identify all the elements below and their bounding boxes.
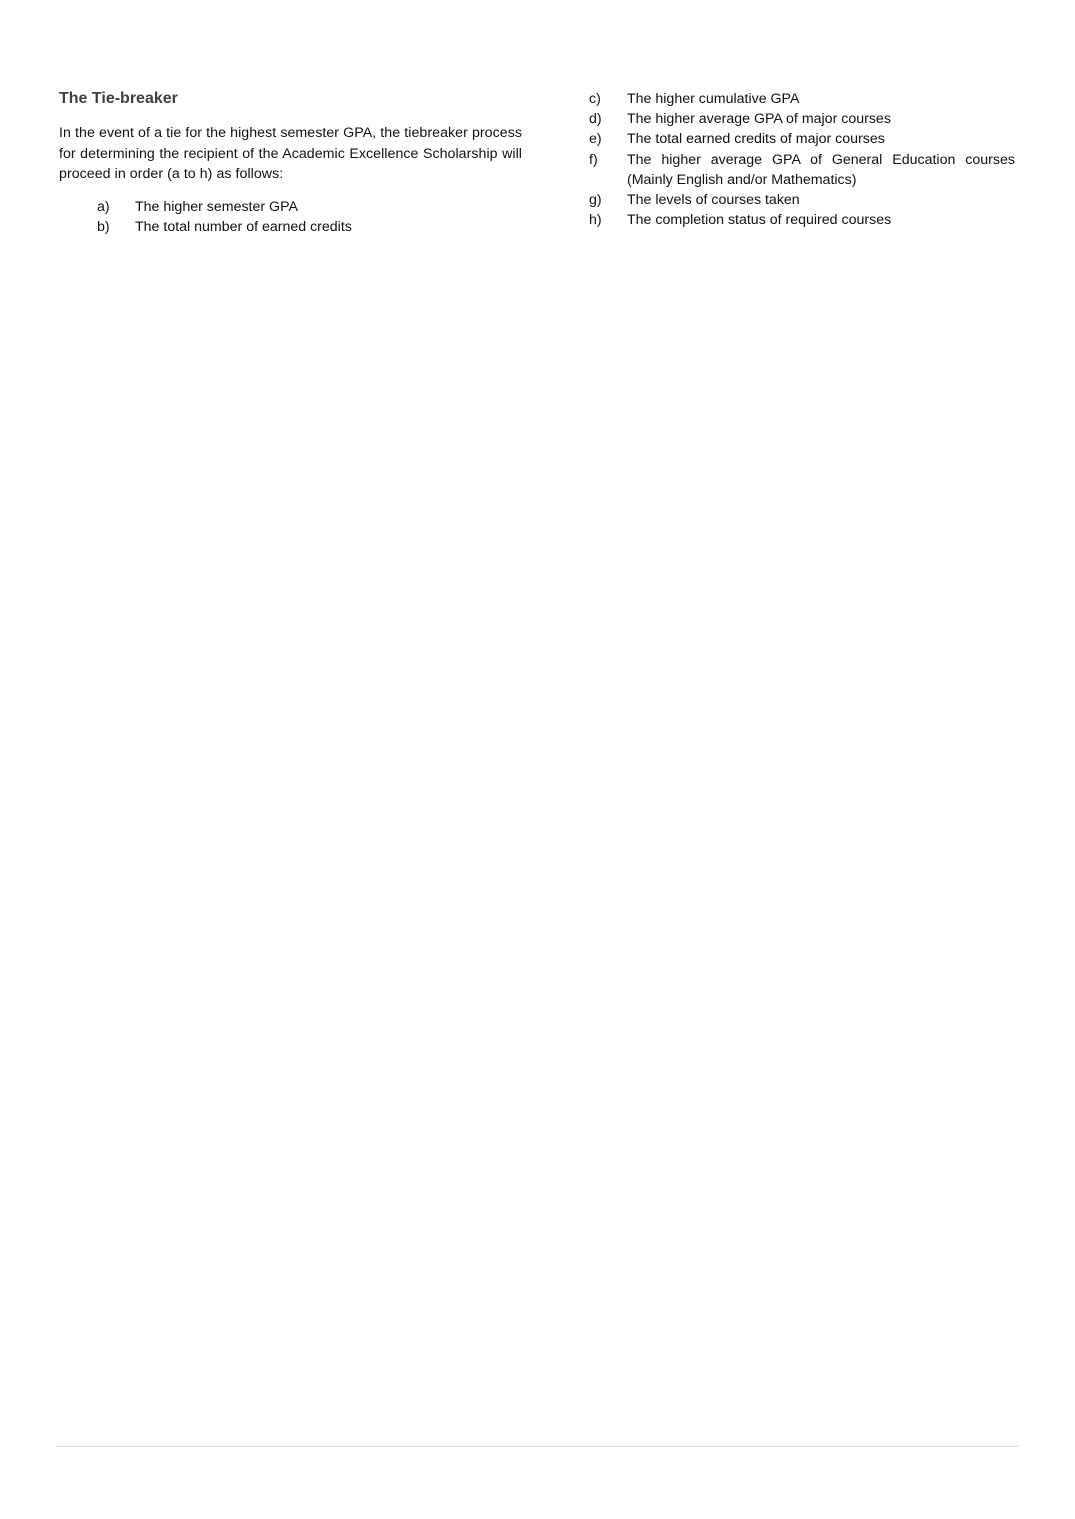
list-item: b) The total number of earned credits bbox=[97, 217, 522, 237]
criteria-list-left: a) The higher semester GPA b) The total … bbox=[59, 197, 522, 237]
list-item-text: The higher cumulative GPA bbox=[627, 89, 1015, 109]
list-item: g) The levels of courses taken bbox=[589, 190, 1015, 210]
list-marker: c) bbox=[589, 89, 627, 109]
left-column: The Tie-breaker In the event of a tie fo… bbox=[59, 89, 522, 237]
footer-divider bbox=[56, 1446, 1019, 1447]
list-marker: e) bbox=[589, 129, 627, 149]
list-marker: f) bbox=[589, 150, 627, 190]
section-heading: The Tie-breaker bbox=[59, 89, 522, 109]
list-item-text: The higher average GPA of major courses bbox=[627, 109, 1015, 129]
list-item-text: The higher average GPA of General Educat… bbox=[627, 150, 1015, 190]
list-item: a) The higher semester GPA bbox=[97, 197, 522, 217]
right-column: c) The higher cumulative GPA d) The high… bbox=[589, 89, 1015, 230]
list-item-text: The total number of earned credits bbox=[135, 217, 522, 237]
list-marker: b) bbox=[97, 217, 135, 237]
list-marker: g) bbox=[589, 190, 627, 210]
list-item-text: The higher semester GPA bbox=[135, 197, 522, 217]
list-item: f) The higher average GPA of General Edu… bbox=[589, 150, 1015, 190]
criteria-list-right: c) The higher cumulative GPA d) The high… bbox=[589, 89, 1015, 230]
list-item: d) The higher average GPA of major cours… bbox=[589, 109, 1015, 129]
list-item-text: The completion status of required course… bbox=[627, 210, 1015, 230]
list-marker: a) bbox=[97, 197, 135, 217]
intro-paragraph: In the event of a tie for the highest se… bbox=[59, 123, 522, 185]
list-item: c) The higher cumulative GPA bbox=[589, 89, 1015, 109]
list-item-text: The total earned credits of major course… bbox=[627, 129, 1015, 149]
list-item-text: The levels of courses taken bbox=[627, 190, 1015, 210]
list-item: h) The completion status of required cou… bbox=[589, 210, 1015, 230]
list-marker: h) bbox=[589, 210, 627, 230]
list-marker: d) bbox=[589, 109, 627, 129]
list-item: e) The total earned credits of major cou… bbox=[589, 129, 1015, 149]
